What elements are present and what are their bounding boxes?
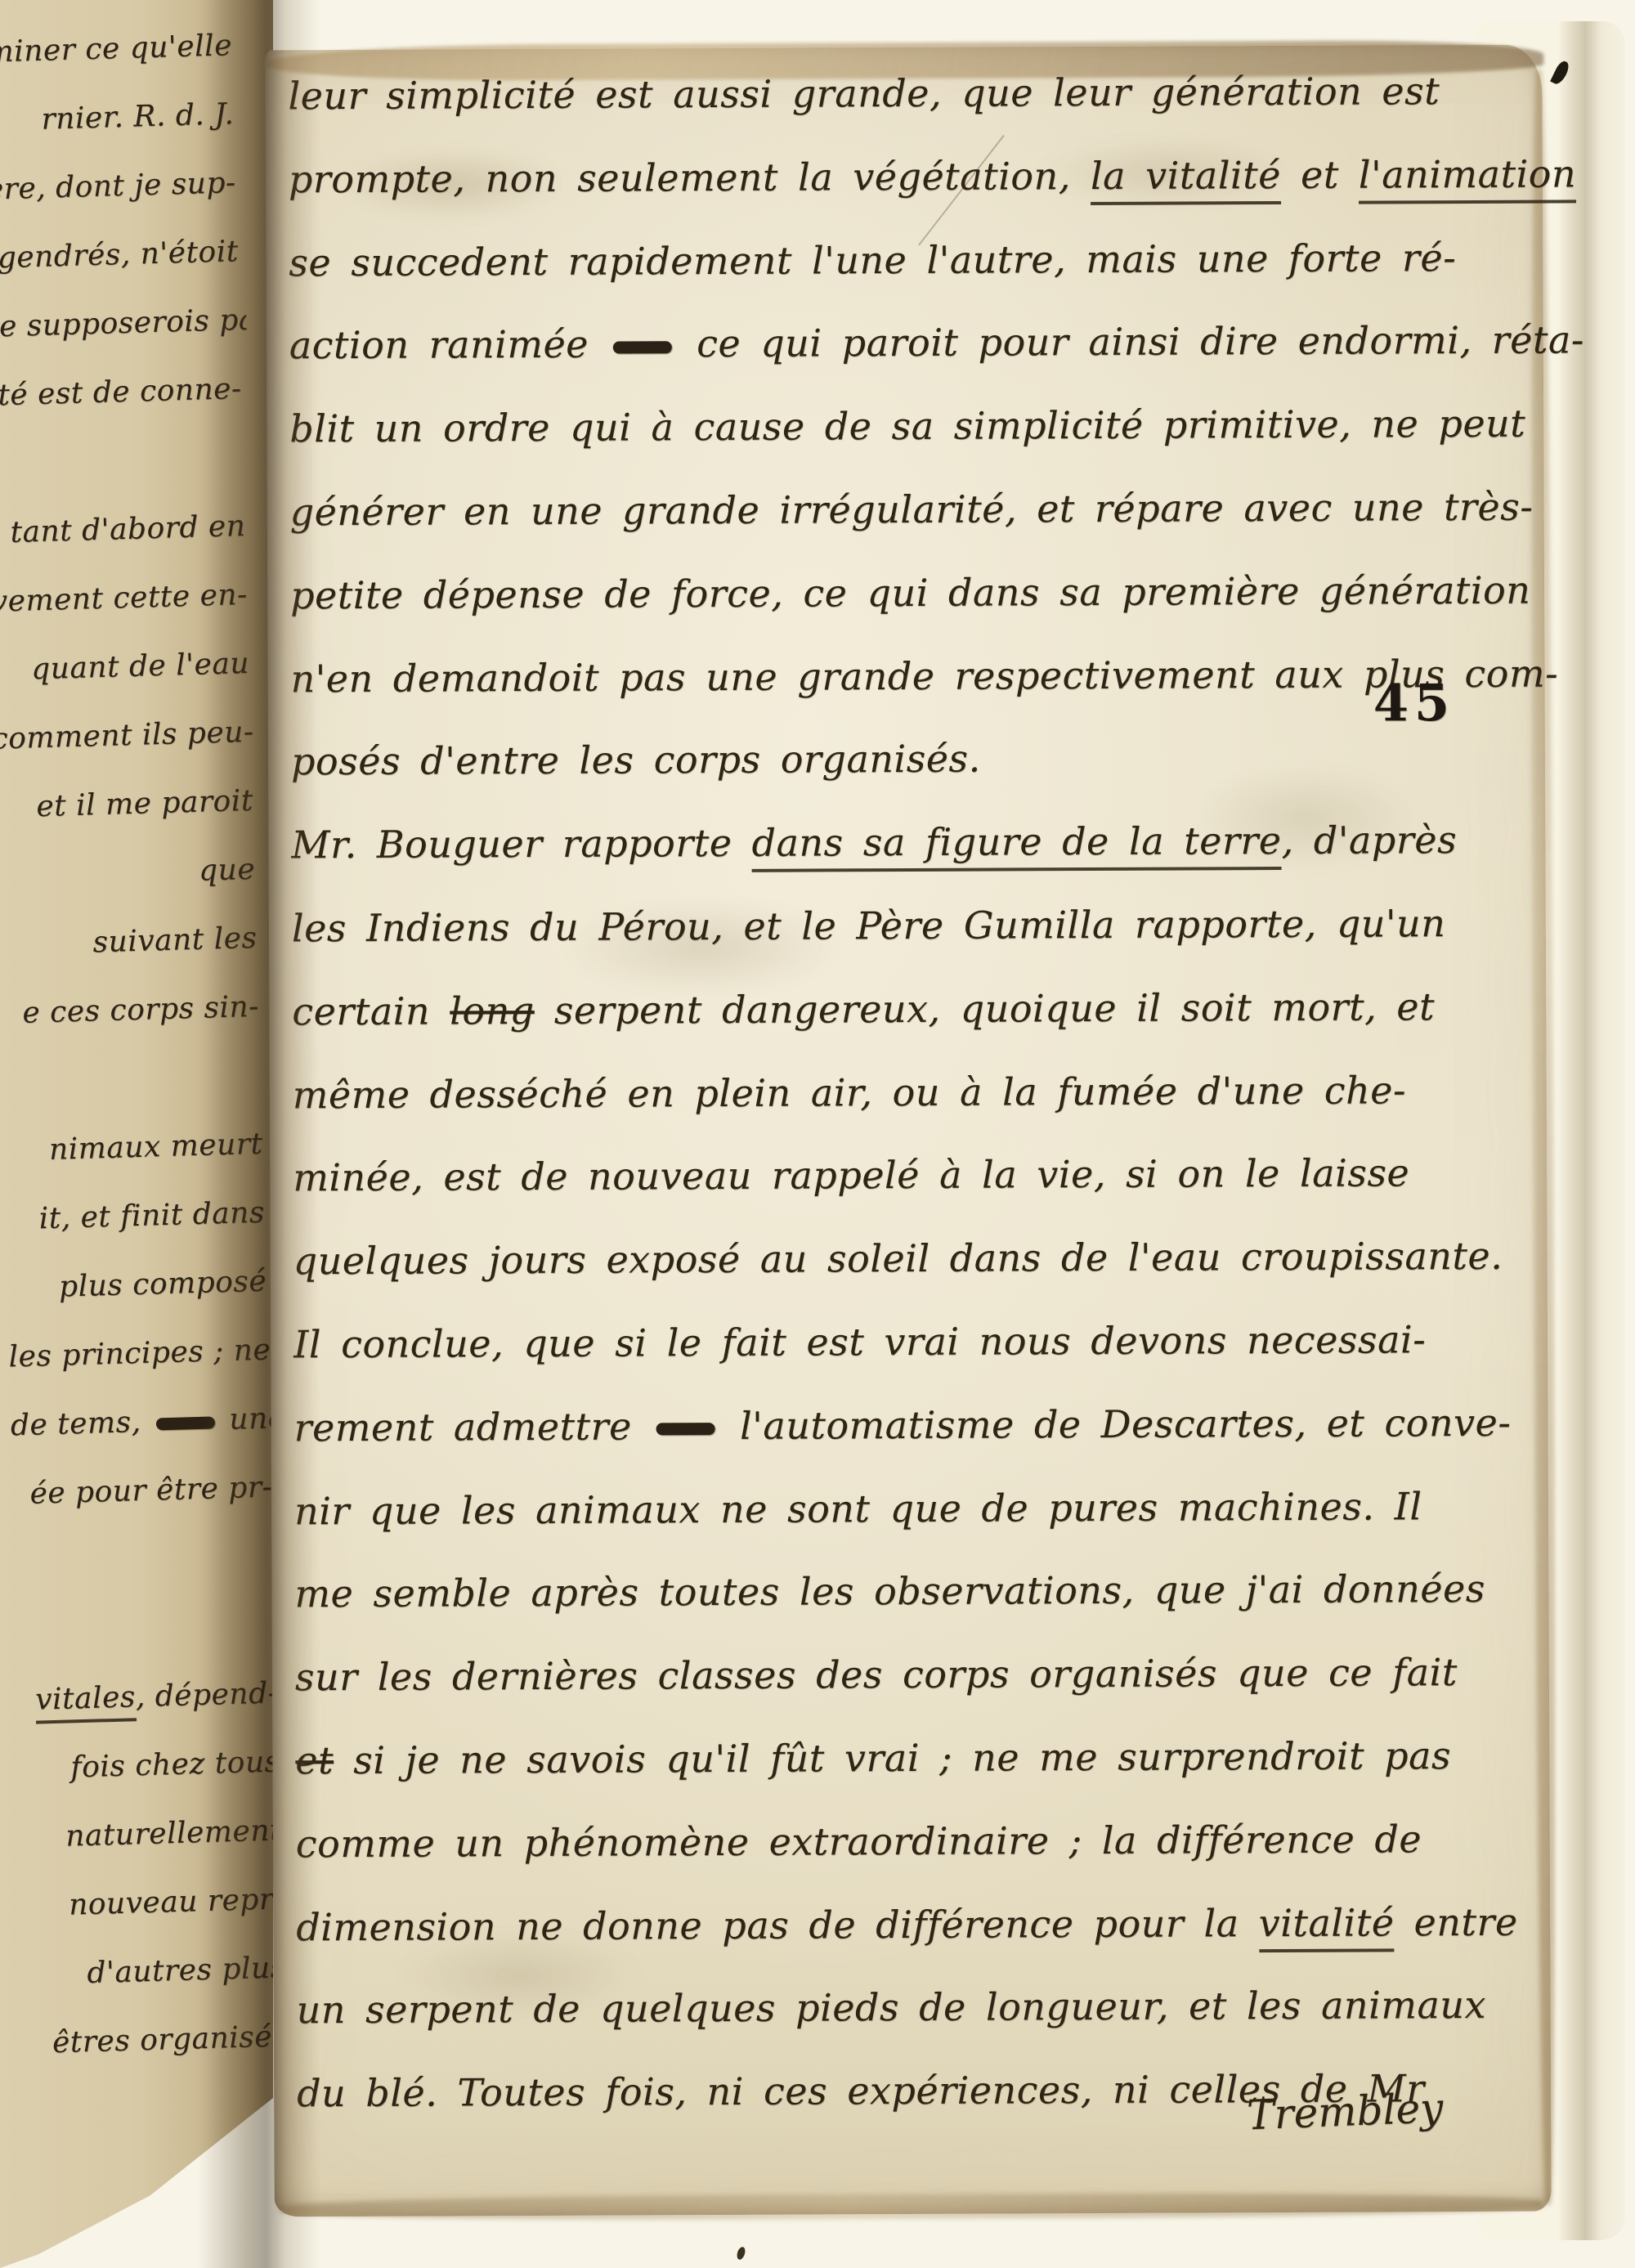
signature: Trembley xyxy=(1246,2084,1444,2139)
text-segment: comment ils peu- xyxy=(0,715,254,756)
text-segment: posés d'entre les corps organisés. xyxy=(291,737,981,784)
manuscript-line: un serpent de quelques pieds de longueur… xyxy=(296,1964,1525,2052)
manuscript-line: sur les dernières classes des corps orga… xyxy=(295,1631,1525,1719)
manuscript-line: dimension ne donne pas de différence pou… xyxy=(296,1880,1525,1969)
text-segment: un serpent de quelques pieds de longueur… xyxy=(297,1983,1486,2032)
manuscript-line: me semble après toutes les observations,… xyxy=(294,1548,1524,1636)
text-segment: ngendrés, n'étoit xyxy=(0,235,239,276)
manuscript-line: même desséché en plein air, ou à la fumé… xyxy=(293,1048,1522,1136)
text-segment: ce qui paroit pour ainsi dire endormi, r… xyxy=(677,318,1584,366)
text-segment: êtres organisés xyxy=(52,2019,288,2060)
ink-blot xyxy=(155,1416,214,1430)
text-segment: si je ne savois qu'il fût vrai ; ne me s… xyxy=(334,1733,1451,1782)
text-segment: dimension ne donne pas de différence pou… xyxy=(296,1901,1259,1949)
text-segment: leur simplicité est aussi grande, que le… xyxy=(288,69,1440,118)
left-page-line-fragment: plus composé xyxy=(6,1247,274,1323)
text-segment: et il me paroit xyxy=(36,784,253,823)
page-number: 45 xyxy=(1373,673,1456,733)
left-page-line-fragment xyxy=(13,1522,281,1598)
manuscript-photo: miner ce qu'ellernier. R. d. J.ère, dont… xyxy=(0,0,1635,2268)
left-page-line-fragment: e ces corps sin- xyxy=(0,972,267,1048)
left-page-line-fragment: êtres organisés xyxy=(27,2002,295,2078)
text-segment: it, et finit dans xyxy=(38,1196,265,1236)
text-segment: , dépend- xyxy=(135,1676,279,1714)
manuscript-line: comme un phénomène extraordinaire ; la d… xyxy=(296,1797,1525,1885)
text-segment: minée, est de nouveau rappelé à la vie, … xyxy=(293,1151,1409,1200)
left-page-line-fragment: d'autres plus xyxy=(25,1934,293,2010)
text-segment: ée pour être pr- xyxy=(29,1470,273,1510)
manuscript-line: et si je ne savois qu'il fût vrai ; ne m… xyxy=(295,1714,1525,1803)
left-page-line-fragment: quant de l'eau xyxy=(0,630,257,706)
manuscript-line: blit un ordre qui à cause de sa simplici… xyxy=(289,383,1519,471)
manuscript-line: Il conclue, que si le fait est vrai nous… xyxy=(293,1298,1523,1387)
text-segment: fois chez tous xyxy=(70,1745,280,1784)
left-page-line-fragment: les principes ; ne xyxy=(7,1316,275,1392)
text-segment: dans sa figure de la terre xyxy=(751,818,1281,872)
text-segment: nimaux meurt xyxy=(48,1127,263,1167)
left-page-line-fragment: ue supposerois pas xyxy=(0,286,247,362)
manuscript-line: prompte, non seulement la végétation, la… xyxy=(289,133,1518,222)
text-segment: une xyxy=(219,1401,278,1437)
text-segment: , d'après xyxy=(1281,818,1457,863)
main-page: leur simplicité est aussi grande, que le… xyxy=(265,45,1552,2217)
left-page-line-fragment: it, et finit dans xyxy=(4,1178,272,1254)
text-segment: sur les dernières classes des corps orga… xyxy=(295,1650,1458,1699)
text-segment: l'animation xyxy=(1359,151,1576,204)
manuscript-line: leur simplicité est aussi grande, que le… xyxy=(288,50,1517,138)
text-segment: comme un phénomène extraordinaire ; la d… xyxy=(296,1817,1422,1866)
text-segment: action ranimée xyxy=(289,322,608,368)
deckle-bottom-edge xyxy=(280,2192,1543,2222)
text-segment: nouveau repr- xyxy=(69,1882,284,1921)
text-segment: rnier. R. d. J. xyxy=(41,97,235,137)
text-segment: quant de l'eau xyxy=(31,647,250,686)
text-segment: d'autres plus xyxy=(87,1951,286,1990)
text-segment: n'en demandoit pas une grande respective… xyxy=(290,651,1558,701)
text-segment: se succedent rapidement l'une l'autre, m… xyxy=(289,235,1456,285)
manuscript-line: se succedent rapidement l'une l'autre, m… xyxy=(289,216,1518,304)
left-page-line-fragment xyxy=(0,424,251,500)
text-segment: plus composé xyxy=(59,1265,267,1304)
manuscript-line: les Indiens du Pérou, et le Père Gumilla… xyxy=(292,882,1521,970)
manuscript-line: n'en demandoit pas une grande respective… xyxy=(290,632,1520,720)
left-page-line-fragment: nimaux meurt xyxy=(2,1109,270,1186)
text-segment: ue supposerois pas xyxy=(0,303,247,344)
left-page-line-fragment: ère, dont je sup- xyxy=(0,149,244,225)
text-segment: entre xyxy=(1394,1899,1517,1944)
text-segment: rement admettre xyxy=(293,1404,652,1450)
text-segment: tant d'abord en xyxy=(10,509,246,549)
text-segment: les Indiens du Pérou, et le Père Gumilla… xyxy=(292,901,1446,950)
text-segment: blit un ordre qui à cause de sa simplici… xyxy=(289,401,1525,451)
left-page-line-fragment: ngendrés, n'étoit xyxy=(0,217,245,294)
text-segment: serpent dangereux, quoique il soit mort,… xyxy=(535,984,1436,1033)
left-page-line-fragment: suivant les xyxy=(0,904,265,980)
text-segment: e ces corps sin- xyxy=(22,990,260,1030)
left-page-line-fragment: comment ils peu- xyxy=(0,698,259,774)
manuscript-line: rement admettre l'automatisme de Descart… xyxy=(293,1381,1523,1469)
text-segment: miner ce qu'elle xyxy=(0,29,232,69)
manuscript-line: Mr. Bouguer rapporte dans sa figure de l… xyxy=(291,799,1521,887)
left-page-line-fragment xyxy=(16,1590,284,1666)
ink-blot xyxy=(613,341,672,353)
manuscript-line: nir que les animaux ne sont que de pures… xyxy=(294,1464,1524,1553)
ink-blot xyxy=(656,1423,715,1435)
ink-dot-bottom xyxy=(736,2246,747,2261)
manuscript-line: action ranimée ce qui paroit pour ainsi … xyxy=(289,299,1519,388)
left-page-line-fragment: lté est de conne- xyxy=(0,355,249,431)
manuscript-line: générer en une grande irrégularité, et r… xyxy=(289,466,1519,554)
left-page-line-fragment: miner ce qu'elle xyxy=(0,11,240,87)
manuscript-line: certain long serpent dangereux, quoique … xyxy=(292,965,1521,1053)
main-page-lines: leur simplicité est aussi grande, que le… xyxy=(288,50,1526,2136)
text-segment: ère, dont je sup- xyxy=(0,166,236,207)
manuscript-line: minée, est de nouveau rappelé à la vie, … xyxy=(293,1132,1522,1220)
left-page-line-fragment: fois chez tous xyxy=(20,1728,288,1804)
left-page-line-fragment xyxy=(0,1041,268,1117)
text-segment: et xyxy=(1281,152,1359,196)
left-page-line-fragment: vement cette en- xyxy=(0,561,255,637)
text-segment: nir que les animaux ne sont que de pures… xyxy=(294,1484,1422,1533)
text-segment: vement cette en- xyxy=(0,578,248,619)
text-segment: l'automatisme de Descartes, et conve- xyxy=(720,1401,1512,1448)
text-segment: générer en une grande irrégularité, et r… xyxy=(290,485,1534,535)
text-segment: Il conclue, que si le fait est vrai nous… xyxy=(293,1317,1426,1366)
text-segment: la vitalité xyxy=(1091,153,1281,205)
left-page-line-fragment: et il me paroit xyxy=(0,767,261,843)
text-segment: me semble après toutes les observations,… xyxy=(294,1567,1485,1616)
left-page-line-fragment: vitales, dépend- xyxy=(17,1659,285,1735)
text-segment: même desséché en plein air, ou à la fumé… xyxy=(293,1068,1406,1117)
text-segment: long xyxy=(450,988,535,1033)
left-page: miner ce qu'ellernier. R. d. J.ère, dont… xyxy=(0,0,273,2268)
text-segment: que xyxy=(198,853,255,888)
manuscript-line: petite dépense de force, ce qui dans sa … xyxy=(290,549,1520,638)
text-segment: certain xyxy=(292,988,450,1033)
manuscript-line: quelques jours exposé au soleil dans de … xyxy=(293,1215,1522,1303)
text-segment: prompte, non seulement la végétation, xyxy=(289,154,1091,201)
left-page-line-fragment: que xyxy=(0,836,262,912)
text-segment: vitales xyxy=(35,1680,137,1723)
text-segment: de tems, xyxy=(10,1405,151,1443)
left-page-line-fragment: nouveau repr- xyxy=(23,1865,291,1941)
text-segment: et xyxy=(295,1738,334,1782)
text-segment: les principes ; ne xyxy=(8,1333,271,1374)
text-segment: Mr. Bouguer rapporte xyxy=(291,821,751,867)
manuscript-line: posés d'entre les corps organisés. xyxy=(291,715,1521,804)
text-segment: naturellement xyxy=(65,1813,283,1853)
left-page-line-fragment: ée pour être pr- xyxy=(11,1453,280,1529)
left-page-line-fragment: tant d'abord en xyxy=(0,492,253,568)
left-page-line-fragment: rnier. R. d. J. xyxy=(0,80,241,156)
left-page-lines: miner ce qu'ellernier. R. d. J.ère, dont… xyxy=(0,11,295,2078)
text-segment: lté est de conne- xyxy=(0,372,242,413)
text-segment: suivant les xyxy=(92,921,258,960)
left-page-line-fragment: de tems, une xyxy=(10,1384,278,1460)
text-segment: vitalité xyxy=(1259,1900,1395,1952)
text-segment: petite dépense de force, ce qui dans sa … xyxy=(290,567,1530,617)
left-page-line-fragment: naturellement xyxy=(21,1796,289,1872)
text-segment: quelques jours exposé au soleil dans de … xyxy=(293,1234,1503,1283)
